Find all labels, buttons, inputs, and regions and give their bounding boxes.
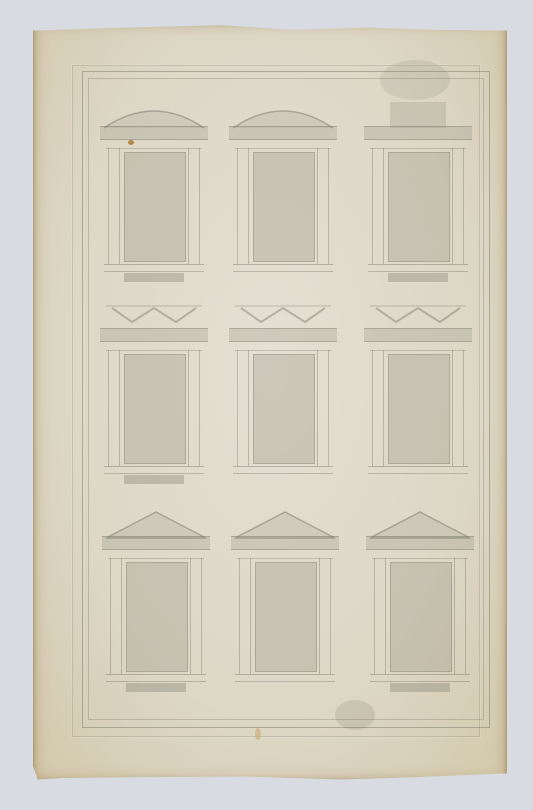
window-opening: [126, 562, 188, 672]
column-right: [188, 148, 200, 264]
window-opening: [124, 152, 186, 262]
column-left: [237, 350, 249, 466]
window-design-r2c3: [362, 300, 474, 490]
column-left: [372, 350, 384, 466]
panel-base: [108, 472, 200, 486]
window-opening: [124, 354, 186, 464]
column-left: [108, 350, 120, 466]
plain-base: [372, 472, 464, 486]
column-left: [110, 558, 122, 674]
column-left: [108, 148, 120, 264]
balustrade-panel: [108, 270, 200, 284]
plain-base: [237, 472, 329, 486]
window-opening: [255, 562, 317, 672]
column-right: [452, 350, 464, 466]
window-design-r2c1: [98, 300, 210, 490]
plain-base: [237, 270, 329, 284]
balustrade-panel: [110, 680, 202, 694]
column-right: [188, 350, 200, 466]
window-opening: [390, 562, 452, 672]
column-right: [317, 350, 329, 466]
foxing-spot: [255, 728, 261, 740]
column-right: [319, 558, 331, 674]
column-left: [372, 148, 384, 264]
window-design-r3c3: [364, 508, 476, 698]
window-design-r1c3: [362, 98, 474, 288]
column-left: [239, 558, 251, 674]
plain-base: [239, 680, 331, 694]
column-right: [190, 558, 202, 674]
window-opening: [388, 152, 450, 262]
window-opening: [388, 354, 450, 464]
window-opening: [253, 354, 315, 464]
window-design-r1c2: [227, 98, 339, 288]
smudge: [380, 60, 450, 100]
smudge: [335, 700, 375, 730]
window-design-r1c1: [98, 98, 210, 288]
column-right: [452, 148, 464, 264]
window-design-r2c2: [227, 300, 339, 490]
window-design-r3c1: [100, 508, 212, 698]
window-design-r3c2: [229, 508, 341, 698]
window-opening: [253, 152, 315, 262]
balustrade-panel: [374, 680, 466, 694]
column-right: [317, 148, 329, 264]
column-left: [374, 558, 386, 674]
column-left: [237, 148, 249, 264]
column-right: [454, 558, 466, 674]
balustrade-panel: [372, 270, 464, 284]
